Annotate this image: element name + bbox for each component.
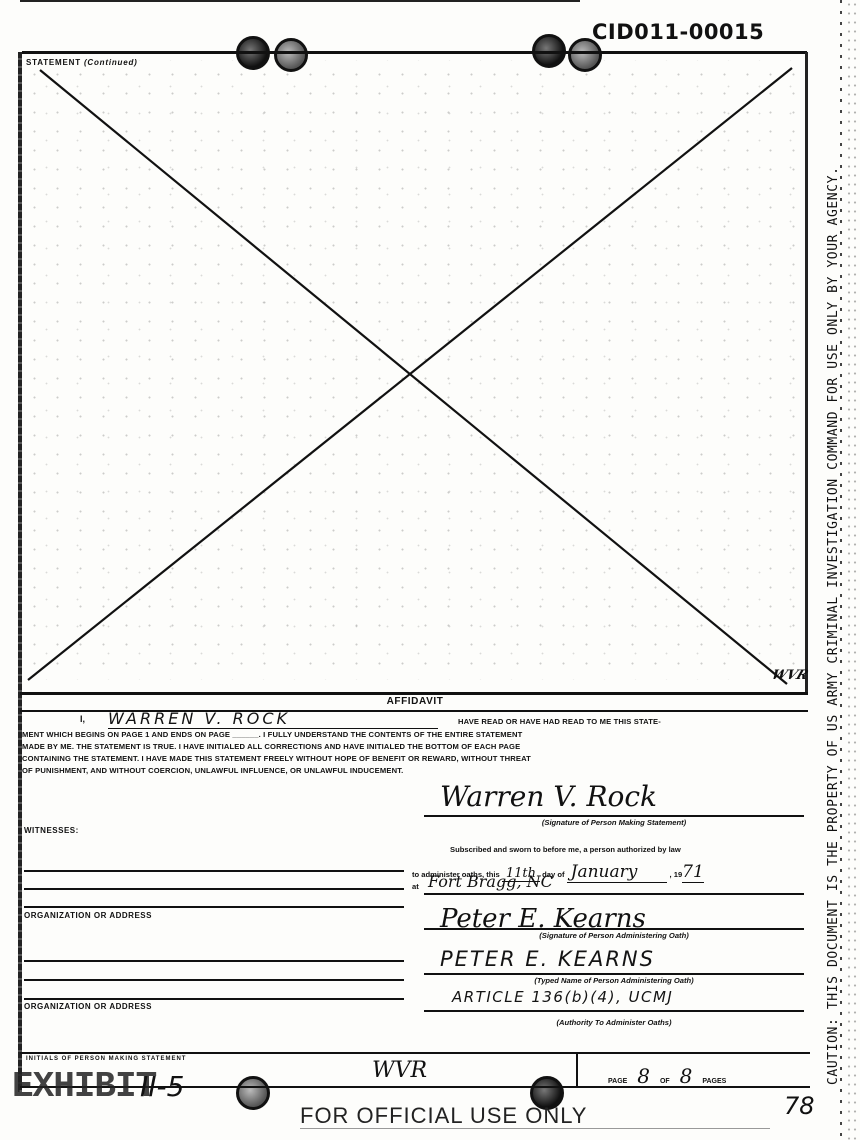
top-rule bbox=[20, 0, 580, 2]
exhibit-number: II-5 bbox=[140, 1070, 184, 1103]
affidavit-line-3: MADE BY ME. THE STATEMENT IS TRUE. I HAV… bbox=[22, 742, 520, 751]
handwritten-page-number: 78 bbox=[784, 1092, 815, 1120]
punch-hole-icon bbox=[236, 1076, 270, 1110]
witness-2-line-2[interactable] bbox=[24, 979, 404, 981]
declarant-signature[interactable]: Warren V. Rock bbox=[440, 780, 657, 813]
witness-2-line[interactable] bbox=[24, 960, 404, 962]
oath-line-1: Subscribed and sworn to before me, a per… bbox=[450, 845, 681, 854]
footer-divider bbox=[576, 1052, 578, 1088]
witness-1-org-line[interactable] bbox=[24, 906, 404, 908]
affidavit-line-4: CONTAINING THE STATEMENT. I HAVE MADE TH… bbox=[22, 754, 531, 763]
side-strip bbox=[846, 0, 858, 1140]
declarant-name-field[interactable]: WARREN V. ROCK bbox=[108, 709, 438, 729]
strike-through-x-icon bbox=[22, 62, 807, 692]
authority-field[interactable]: ARTICLE 136(b)(4), UCMJ bbox=[452, 988, 673, 1006]
fouo-stamp: FOR OFFICIAL USE ONLY bbox=[300, 1103, 587, 1129]
footer-rule-top bbox=[20, 1052, 810, 1054]
witnesses-label: WITNESSES: bbox=[24, 826, 79, 835]
officer-signature-caption: (Signature of Person Administering Oath) bbox=[424, 931, 804, 940]
fouo-rule bbox=[300, 1128, 770, 1129]
witness-2-org-line[interactable] bbox=[24, 998, 404, 1000]
affidavit-line-5: OF PUNISHMENT, AND WITHOUT COERCION, UNL… bbox=[22, 766, 403, 775]
org-address-label-2: ORGANIZATION OR ADDRESS bbox=[24, 1002, 152, 1011]
affidavit-rule bbox=[20, 692, 808, 695]
side-caution-text: CAUTION: THIS DOCUMENT IS THE PROPERTY O… bbox=[826, 166, 841, 1085]
page-total[interactable]: 8 bbox=[680, 1064, 693, 1088]
authority-caption: (Authority To Administer Oaths) bbox=[424, 1018, 804, 1027]
oath-year-field[interactable]: 71 bbox=[682, 862, 704, 883]
page-count: PAGE 8 OF 8 PAGES bbox=[608, 1064, 726, 1088]
affidavit-line-2: MENT WHICH BEGINS ON PAGE 1 AND ENDS ON … bbox=[22, 730, 522, 739]
declarant-signature-caption: (Signature of Person Making Statement) bbox=[424, 818, 804, 827]
oath-month-field[interactable]: January bbox=[567, 862, 668, 883]
oath-location-line bbox=[424, 893, 804, 895]
officer-typed-name-line bbox=[424, 973, 804, 975]
oath-location-field[interactable]: Fort Bragg, NC bbox=[428, 872, 553, 891]
officer-typed-name-caption: (Typed Name of Person Administering Oath… bbox=[424, 976, 804, 985]
document-id: CID011-00015 bbox=[592, 20, 764, 44]
declarant-signature-line bbox=[424, 815, 804, 817]
page-of-label: OF bbox=[660, 1078, 670, 1085]
affidavit-title: AFFIDAVIT bbox=[22, 696, 808, 707]
affidavit-intro: I, bbox=[80, 714, 85, 724]
initials-label: INITIALS OF PERSON MAKING STATEMENT bbox=[26, 1056, 186, 1062]
exhibit-stamp: EXHIBIT bbox=[12, 1066, 156, 1107]
header-rule bbox=[22, 51, 807, 54]
affidavit-line-1: HAVE READ OR HAVE HAD READ TO ME THIS ST… bbox=[458, 717, 661, 726]
oath-at-label: at bbox=[412, 882, 419, 891]
page-current[interactable]: 8 bbox=[637, 1064, 650, 1088]
witness-1-line[interactable] bbox=[24, 870, 404, 872]
authority-line bbox=[424, 1010, 804, 1012]
org-address-label-1: ORGANIZATION OR ADDRESS bbox=[24, 911, 152, 920]
pages-label: PAGES bbox=[702, 1078, 726, 1085]
initials-field[interactable]: WVR bbox=[372, 1058, 427, 1083]
officer-typed-name[interactable]: PETER E. KEARNS bbox=[440, 947, 655, 971]
witness-1-line-2[interactable] bbox=[24, 888, 404, 890]
strike-initials: WVR bbox=[769, 668, 810, 683]
officer-signature-line bbox=[424, 928, 804, 930]
oath-year-prefix: , 19 bbox=[670, 870, 683, 879]
page-label: PAGE bbox=[608, 1078, 627, 1085]
document-page: CID011-00015 STATEMENT (Continued) WVR A… bbox=[0, 0, 860, 1140]
